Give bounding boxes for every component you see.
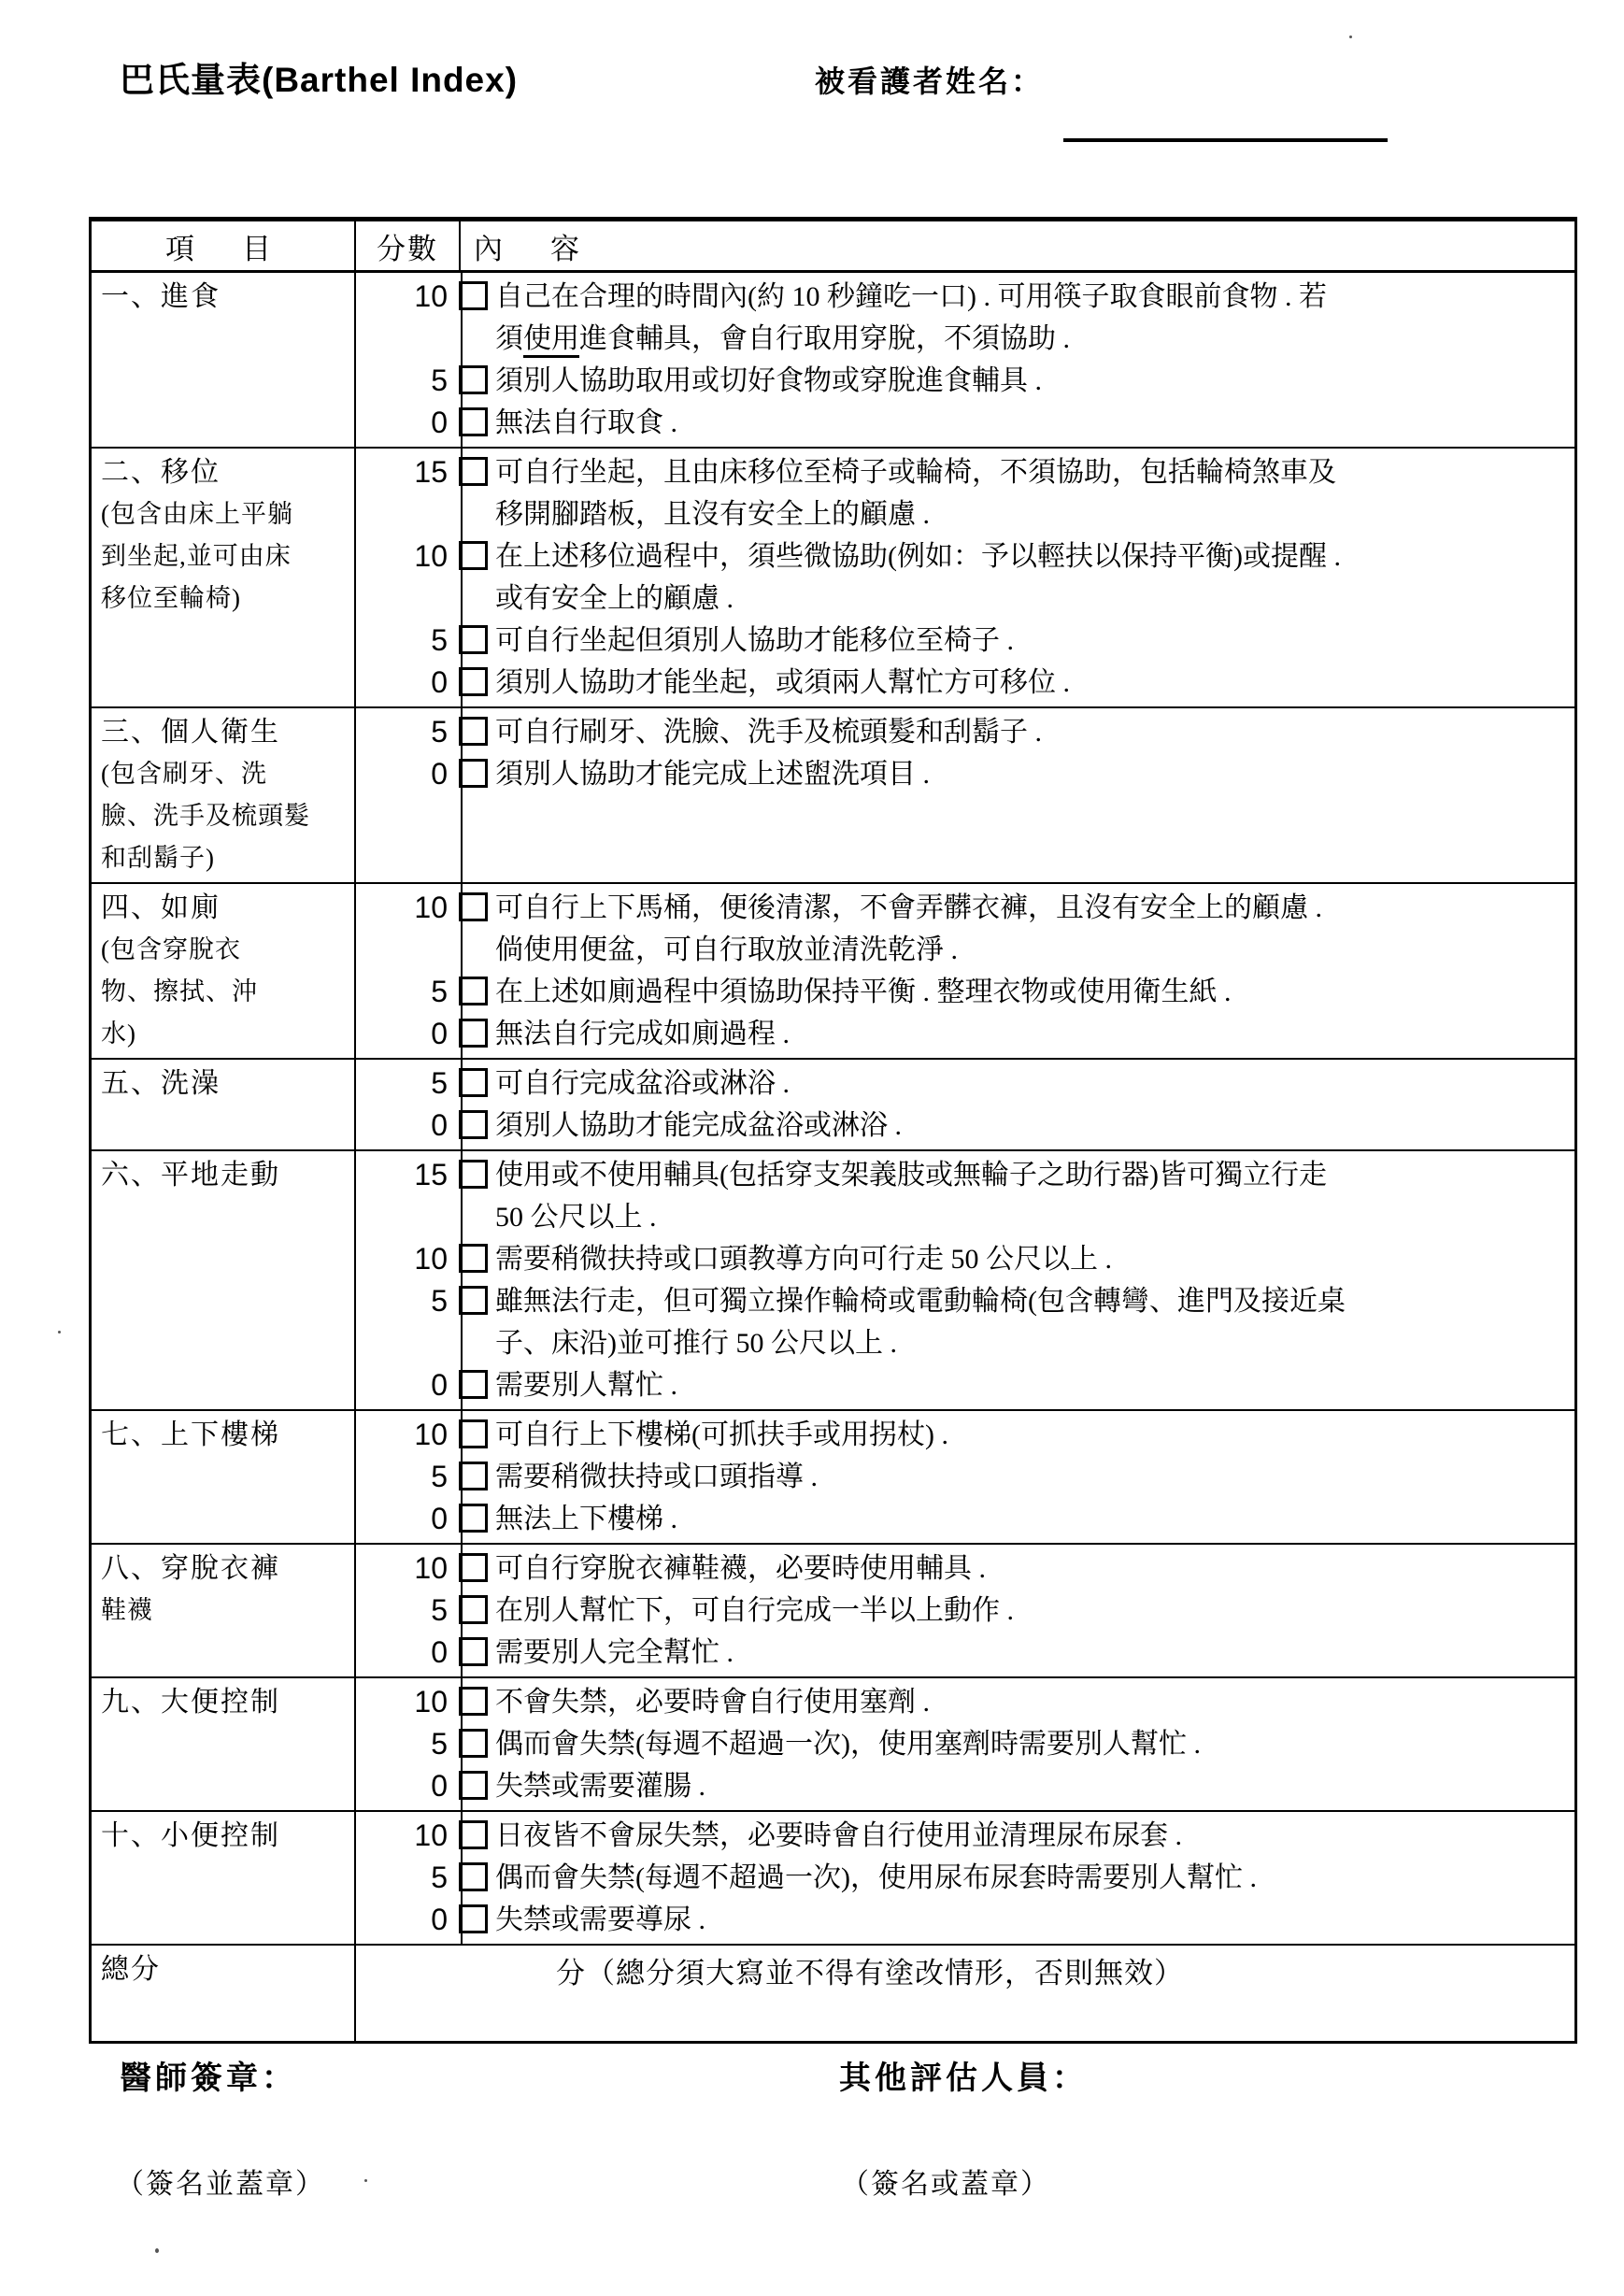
score-checkbox[interactable]: [459, 1687, 488, 1716]
criteria-line: 5在上述如廁過程中須協助保持平衡 . 整理衣物或使用衛生紙 .: [356, 971, 1574, 1013]
criteria-text: 需要別人完全幫忙 .: [495, 1632, 1574, 1674]
score-value: 10: [356, 887, 448, 929]
table-body: 一、進食10自己在合理的時間內(約 10 秒鐘吃一口) . 可用筷子取食眼前食物…: [92, 273, 1574, 1946]
score-checkbox[interactable]: [459, 1595, 488, 1624]
criteria-cell: 5可自行完成盆浴或淋浴 .0須別人協助才能完成盆浴或淋浴 .: [356, 1060, 1574, 1149]
criteria-line: 0失禁或需要導尿 .: [356, 1899, 1574, 1941]
score-column-divider: [461, 273, 463, 447]
item-cell: 十、小便控制: [92, 1812, 356, 1944]
form-title: 巴氏量表(Barthel Index): [120, 51, 518, 102]
criteria-text: 可自行坐起，且由床移位至椅子或輪椅，不須協助，包括輪椅煞車及: [495, 451, 1574, 493]
item-label: 鞋襪: [101, 1590, 350, 1632]
item-label: 四、如廁: [101, 887, 350, 929]
total-score-area[interactable]: 分（總分須大寫並不得有塗改情形，否則無效）: [356, 1946, 1574, 2041]
item-cell: 九、大便控制: [92, 1678, 356, 1810]
score-value: 10: [356, 1547, 448, 1590]
criteria-text: 須別人協助才能完成盆浴或淋浴 .: [495, 1105, 1574, 1147]
underlined-text: 使用: [523, 323, 579, 358]
score-value: 0: [356, 753, 448, 795]
criteria-text: 無法自行取食 .: [495, 402, 1574, 444]
criteria-text: 偶而會失禁(每週不超過一次)，使用尿布尿套時需要別人幫忙 .: [495, 1857, 1574, 1899]
table-row: 三、個人衛生(包含刷牙、洗臉、洗手及梳頭髮和刮鬍子)5可自行刷牙、洗臉、洗手及梳…: [92, 708, 1574, 884]
scan-speck: [1349, 36, 1352, 38]
table-row: 六、平地走動15使用或不使用輔具(包括穿支架義肢或無輪子之助行器)皆可獨立行走5…: [92, 1151, 1574, 1411]
scan-speck: [58, 1331, 61, 1333]
score-checkbox[interactable]: [459, 365, 488, 394]
score-checkbox[interactable]: [459, 1553, 488, 1582]
score-value: 5: [356, 1590, 448, 1632]
score-checkbox[interactable]: [459, 1729, 488, 1758]
score-value: 5: [356, 620, 448, 662]
criteria-line: 0須別人協助才能坐起，或須兩人幫忙方可移位 .: [356, 662, 1574, 704]
text-segment: 進食輔具，會自行取用穿脫，不須協助 .: [579, 323, 1070, 354]
criteria-text: 50 公尺以上 .: [495, 1196, 1574, 1238]
patient-name-label: 被看護者姓名：: [815, 58, 1044, 101]
score-checkbox[interactable]: [459, 1160, 488, 1189]
item-cell: 四、如廁(包含穿脫衣物、擦拭、沖水): [92, 884, 356, 1058]
criteria-cell: 10可自行上下馬桶，便後清潔，不會弄髒衣褲，且沒有安全上的顧慮 .倘使用便盆，可…: [356, 884, 1574, 1058]
criteria-line: 0無法自行取食 .: [356, 402, 1574, 444]
score-checkbox[interactable]: [459, 457, 488, 486]
criteria-line: 15使用或不使用輔具(包括穿支架義肢或無輪子之助行器)皆可獨立行走: [356, 1154, 1574, 1196]
item-label: 三、個人衛生: [101, 711, 350, 753]
criteria-line: 移開腳踏板，且沒有安全上的顧慮 .: [356, 493, 1574, 535]
item-label: 水): [101, 1013, 350, 1055]
score-checkbox[interactable]: [459, 407, 488, 436]
score-column-divider: [461, 1151, 463, 1409]
criteria-text: 失禁或需要灌腸 .: [495, 1765, 1574, 1807]
item-label: 和刮鬍子): [101, 837, 350, 879]
criteria-line: 0無法自行完成如廁過程 .: [356, 1013, 1574, 1055]
score-checkbox[interactable]: [459, 1370, 488, 1399]
item-cell: 二、移位(包含由床上平躺到坐起,並可由床移位至輪椅): [92, 449, 356, 706]
item-label: 九、大便控制: [101, 1681, 350, 1723]
criteria-line: 5雖無法行走，但可獨立操作輪椅或電動輪椅(包含轉彎、進門及接近桌: [356, 1280, 1574, 1322]
table-row: 二、移位(包含由床上平躺到坐起,並可由床移位至輪椅)15可自行坐起，且由床移位至…: [92, 449, 1574, 708]
criteria-line: 或有安全上的顧慮 .: [356, 578, 1574, 620]
criteria-cell: 10可自行上下樓梯(可抓扶手或用拐杖) .5需要稍微扶持或口頭指導 .0無法上下…: [356, 1411, 1574, 1543]
score-checkbox[interactable]: [459, 717, 488, 746]
table-row: 一、進食10自己在合理的時間內(約 10 秒鐘吃一口) . 可用筷子取食眼前食物…: [92, 273, 1574, 449]
criteria-text: 須別人協助才能完成上述盥洗項目 .: [495, 753, 1574, 795]
score-value: 10: [356, 1681, 448, 1723]
header-score-column: 分數: [356, 221, 461, 270]
table-header-row: 項 目 分數 內 容: [92, 221, 1574, 273]
header-content-column: 內 容: [461, 221, 1574, 270]
criteria-line: 5可自行完成盆浴或淋浴 .: [356, 1062, 1574, 1105]
patient-name-field[interactable]: [1063, 105, 1388, 142]
criteria-line: 0須別人協助才能完成盆浴或淋浴 .: [356, 1105, 1574, 1147]
criteria-line: 5須別人協助取用或切好食物或穿脫進食輔具 .: [356, 360, 1574, 402]
criteria-text: 倘使用便盆，可自行取放並清洗乾淨 .: [495, 929, 1574, 971]
other-assessor-note: （簽名或蓋章）: [841, 2161, 1050, 2202]
criteria-line: 5偶而會失禁(每週不超過一次)，使用塞劑時需要別人幫忙 .: [356, 1723, 1574, 1765]
score-column-divider: [461, 1060, 463, 1149]
criteria-line: 須使用進食輔具，會自行取用穿脫，不須協助 .: [356, 318, 1574, 360]
item-cell: 五、洗澡: [92, 1060, 356, 1149]
criteria-cell: 10自己在合理的時間內(約 10 秒鐘吃一口) . 可用筷子取食眼前食物 . 若…: [356, 273, 1574, 447]
criteria-cell: 15可自行坐起，且由床移位至椅子或輪椅，不須協助，包括輪椅煞車及移開腳踏板，且沒…: [356, 449, 1574, 706]
score-value: 5: [356, 360, 448, 402]
score-value: 0: [356, 1364, 448, 1406]
criteria-text: 使用或不使用輔具(包括穿支架義肢或無輪子之助行器)皆可獨立行走: [495, 1154, 1574, 1196]
total-label: 總分: [92, 1946, 356, 2041]
item-label: 十、小便控制: [101, 1815, 350, 1857]
score-checkbox[interactable]: [459, 1110, 488, 1139]
criteria-text: 須別人協助才能坐起，或須兩人幫忙方可移位 .: [495, 662, 1574, 704]
criteria-line: 0需要別人完全幫忙 .: [356, 1632, 1574, 1674]
criteria-text: 或有安全上的顧慮 .: [495, 578, 1574, 620]
score-checkbox[interactable]: [459, 541, 488, 570]
score-checkbox[interactable]: [459, 1462, 488, 1490]
score-value: 5: [356, 1723, 448, 1765]
criteria-line: 0需要別人幫忙 .: [356, 1364, 1574, 1406]
criteria-line: 5在別人幫忙下，可自行完成一半以上動作 .: [356, 1590, 1574, 1632]
item-label: 一、進食: [101, 276, 350, 318]
other-assessor-label: 其他評估人員：: [839, 2052, 1088, 2098]
criteria-line: 15可自行坐起，且由床移位至椅子或輪椅，不須協助，包括輪椅煞車及: [356, 451, 1574, 493]
criteria-line: 10可自行上下馬桶，便後清潔，不會弄髒衣褲，且沒有安全上的顧慮 .: [356, 887, 1574, 929]
criteria-line: 5偶而會失禁(每週不超過一次)，使用尿布尿套時需要別人幫忙 .: [356, 1857, 1574, 1899]
score-checkbox[interactable]: [459, 667, 488, 696]
score-value: 0: [356, 1498, 448, 1540]
item-cell: 六、平地走動: [92, 1151, 356, 1409]
score-value: 5: [356, 711, 448, 753]
score-value: 10: [356, 1815, 448, 1857]
criteria-line: 10可自行上下樓梯(可抓扶手或用拐杖) .: [356, 1414, 1574, 1456]
criteria-line: 倘使用便盆，可自行取放並清洗乾淨 .: [356, 929, 1574, 971]
score-checkbox[interactable]: [459, 977, 488, 1005]
header-item-column: 項 目: [92, 221, 356, 270]
criteria-line: 子、床沿)並可推行 50 公尺以上 .: [356, 1322, 1574, 1364]
score-checkbox[interactable]: [459, 1068, 488, 1097]
item-cell: 七、上下樓梯: [92, 1411, 356, 1543]
item-label: (包含由床上平躺: [101, 493, 350, 535]
criteria-text: 可自行上下樓梯(可抓扶手或用拐杖) .: [495, 1414, 1574, 1456]
criteria-line: 0須別人協助才能完成上述盥洗項目 .: [356, 753, 1574, 795]
item-label: 移位至輪椅): [101, 578, 350, 620]
score-value: 0: [356, 1105, 448, 1147]
item-label: 七、上下樓梯: [101, 1414, 350, 1456]
criteria-text: 自己在合理的時間內(約 10 秒鐘吃一口) . 可用筷子取食眼前食物 . 若: [495, 276, 1574, 318]
table-row: 七、上下樓梯10可自行上下樓梯(可抓扶手或用拐杖) .5需要稍微扶持或口頭指導 …: [92, 1411, 1574, 1545]
score-checkbox[interactable]: [459, 1286, 488, 1315]
score-checkbox[interactable]: [459, 1637, 488, 1666]
criteria-line: 10可自行穿脫衣褲鞋襪，必要時使用輔具 .: [356, 1547, 1574, 1590]
text-segment: 須: [495, 323, 523, 354]
score-checkbox[interactable]: [459, 1904, 488, 1933]
criteria-cell: 10不會失禁，必要時會自行使用塞劑 .5偶而會失禁(每週不超過一次)，使用塞劑時…: [356, 1678, 1574, 1810]
criteria-text: 需要稍微扶持或口頭教導方向可行走 50 公尺以上 .: [495, 1238, 1574, 1280]
criteria-text: 移開腳踏板，且沒有安全上的顧慮 .: [495, 493, 1574, 535]
score-value: 5: [356, 1857, 448, 1899]
score-value: 10: [356, 535, 448, 578]
score-checkbox[interactable]: [459, 1244, 488, 1273]
table-row: 十、小便控制10日夜皆不會尿失禁，必要時會自行使用並清理尿布尿套 .5偶而會失禁…: [92, 1812, 1574, 1946]
item-label: (包含穿脫衣: [101, 929, 350, 971]
criteria-text: 在上述移位過程中，須些微協助(例如：予以輕扶以保持平衡)或提醒 .: [495, 535, 1574, 578]
score-value: 0: [356, 1899, 448, 1941]
criteria-text: 在別人幫忙下，可自行完成一半以上動作 .: [495, 1590, 1574, 1632]
item-label: 物、擦拭、沖: [101, 971, 350, 1013]
score-checkbox[interactable]: [459, 1771, 488, 1800]
criteria-line: 0失禁或需要灌腸 .: [356, 1765, 1574, 1807]
score-column-divider: [461, 1545, 463, 1676]
criteria-cell: 5可自行刷牙、洗臉、洗手及梳頭髮和刮鬍子 .0須別人協助才能完成上述盥洗項目 .: [356, 708, 1574, 882]
barthel-index-form-page: 巴氏量表(Barthel Index) 被看護者姓名： 項 目 分數 內 容 一…: [0, 0, 1624, 2296]
score-column-divider: [461, 1411, 463, 1543]
criteria-line: 5可自行刷牙、洗臉、洗手及梳頭髮和刮鬍子 .: [356, 711, 1574, 753]
criteria-line: 10日夜皆不會尿失禁，必要時會自行使用並清理尿布尿套 .: [356, 1815, 1574, 1857]
criteria-cell: 10可自行穿脫衣褲鞋襪，必要時使用輔具 .5在別人幫忙下，可自行完成一半以上動作…: [356, 1545, 1574, 1676]
table-row: 九、大便控制10不會失禁，必要時會自行使用塞劑 .5偶而會失禁(每週不超過一次)…: [92, 1678, 1574, 1812]
criteria-line: 0無法上下樓梯 .: [356, 1498, 1574, 1540]
total-row: 總分 分（總分須大寫並不得有塗改情形，否則無效）: [92, 1946, 1574, 2041]
criteria-text: 失禁或需要導尿 .: [495, 1899, 1574, 1941]
score-value: 0: [356, 662, 448, 704]
score-column-divider: [461, 884, 463, 1058]
criteria-text: 可自行完成盆浴或淋浴 .: [495, 1062, 1574, 1105]
criteria-line: 10不會失禁，必要時會自行使用塞劑 .: [356, 1681, 1574, 1723]
criteria-text: 須別人協助取用或切好食物或穿脫進食輔具 .: [495, 360, 1574, 402]
criteria-text: 雖無法行走，但可獨立操作輪椅或電動輪椅(包含轉彎、進門及接近桌: [495, 1280, 1574, 1322]
score-checkbox[interactable]: [459, 1820, 488, 1849]
score-value: 0: [356, 1632, 448, 1674]
score-value: 10: [356, 1238, 448, 1280]
doctor-signature-note: （簽名並蓋章）: [116, 2161, 325, 2202]
item-label: 五、洗澡: [101, 1062, 350, 1105]
criteria-text: 不會失禁，必要時會自行使用塞劑 .: [495, 1681, 1574, 1723]
criteria-line: 10自己在合理的時間內(約 10 秒鐘吃一口) . 可用筷子取食眼前食物 . 若: [356, 276, 1574, 318]
score-value: 10: [356, 276, 448, 318]
scan-speck: [364, 2179, 367, 2182]
score-column-divider: [461, 708, 463, 882]
score-value: 5: [356, 1280, 448, 1322]
criteria-text: 在上述如廁過程中須協助保持平衡 . 整理衣物或使用衛生紙 .: [495, 971, 1574, 1013]
item-label: 六、平地走動: [101, 1154, 350, 1196]
score-value: 15: [356, 451, 448, 493]
criteria-line: 10在上述移位過程中，須些微協助(例如：予以輕扶以保持平衡)或提醒 .: [356, 535, 1574, 578]
item-label: 到坐起,並可由床: [101, 535, 350, 578]
criteria-line: 5需要稍微扶持或口頭指導 .: [356, 1456, 1574, 1498]
criteria-text: 子、床沿)並可推行 50 公尺以上 .: [495, 1322, 1574, 1364]
item-cell: 三、個人衛生(包含刷牙、洗臉、洗手及梳頭髮和刮鬍子): [92, 708, 356, 882]
table-row: 五、洗澡5可自行完成盆浴或淋浴 .0須別人協助才能完成盆浴或淋浴 .: [92, 1060, 1574, 1151]
item-cell: 八、穿脫衣褲鞋襪: [92, 1545, 356, 1676]
criteria-text: 可自行上下馬桶，便後清潔，不會弄髒衣褲，且沒有安全上的顧慮 .: [495, 887, 1574, 929]
barthel-index-table: 項 目 分數 內 容 一、進食10自己在合理的時間內(約 10 秒鐘吃一口) .…: [89, 217, 1577, 2044]
score-value: 15: [356, 1154, 448, 1196]
score-value: 0: [356, 402, 448, 444]
score-checkbox[interactable]: [459, 759, 488, 788]
criteria-text: 偶而會失禁(每週不超過一次)，使用塞劑時需要別人幫忙 .: [495, 1723, 1574, 1765]
scan-speck: [155, 2248, 159, 2253]
score-column-divider: [461, 1678, 463, 1810]
criteria-cell: 10日夜皆不會尿失禁，必要時會自行使用並清理尿布尿套 .5偶而會失禁(每週不超過…: [356, 1812, 1574, 1944]
doctor-signature-label: 醫師簽章：: [120, 2052, 297, 2098]
score-checkbox[interactable]: [459, 1862, 488, 1891]
item-label: 八、穿脫衣褲: [101, 1547, 350, 1590]
criteria-text: 日夜皆不會尿失禁，必要時會自行使用並清理尿布尿套 .: [495, 1815, 1574, 1857]
score-value: 5: [356, 1456, 448, 1498]
item-label: (包含刷牙、洗: [101, 753, 350, 795]
table-row: 八、穿脫衣褲鞋襪10可自行穿脫衣褲鞋襪，必要時使用輔具 .5在別人幫忙下，可自行…: [92, 1545, 1574, 1678]
score-column-divider: [461, 449, 463, 706]
criteria-line: 5可自行坐起但須別人協助才能移位至椅子 .: [356, 620, 1574, 662]
item-cell: 一、進食: [92, 273, 356, 447]
criteria-text: 可自行刷牙、洗臉、洗手及梳頭髮和刮鬍子 .: [495, 711, 1574, 753]
score-checkbox[interactable]: [459, 1419, 488, 1448]
criteria-text: 可自行穿脫衣褲鞋襪，必要時使用輔具 .: [495, 1547, 1574, 1590]
score-value: 10: [356, 1414, 448, 1456]
criteria-text: 需要別人幫忙 .: [495, 1364, 1574, 1406]
score-value: 5: [356, 971, 448, 1013]
score-checkbox[interactable]: [459, 625, 488, 654]
criteria-line: 50 公尺以上 .: [356, 1196, 1574, 1238]
score-value: 5: [356, 1062, 448, 1105]
score-column-divider: [461, 1812, 463, 1944]
criteria-text: 可自行坐起但須別人協助才能移位至椅子 .: [495, 620, 1574, 662]
item-label: 二、移位: [101, 451, 350, 493]
criteria-line: 10需要稍微扶持或口頭教導方向可行走 50 公尺以上 .: [356, 1238, 1574, 1280]
criteria-text: 須使用進食輔具，會自行取用穿脫，不須協助 .: [495, 318, 1574, 360]
score-checkbox[interactable]: [459, 892, 488, 921]
score-checkbox[interactable]: [459, 1019, 488, 1048]
score-value: 0: [356, 1013, 448, 1055]
score-checkbox[interactable]: [459, 281, 488, 310]
criteria-text: 無法自行完成如廁過程 .: [495, 1013, 1574, 1055]
table-row: 四、如廁(包含穿脫衣物、擦拭、沖水)10可自行上下馬桶，便後清潔，不會弄髒衣褲，…: [92, 884, 1574, 1060]
score-checkbox[interactable]: [459, 1504, 488, 1533]
criteria-cell: 15使用或不使用輔具(包括穿支架義肢或無輪子之助行器)皆可獨立行走50 公尺以上…: [356, 1151, 1574, 1409]
item-label: 臉、洗手及梳頭髮: [101, 795, 350, 837]
criteria-text: 無法上下樓梯 .: [495, 1498, 1574, 1540]
score-value: 0: [356, 1765, 448, 1807]
criteria-text: 需要稍微扶持或口頭指導 .: [495, 1456, 1574, 1498]
